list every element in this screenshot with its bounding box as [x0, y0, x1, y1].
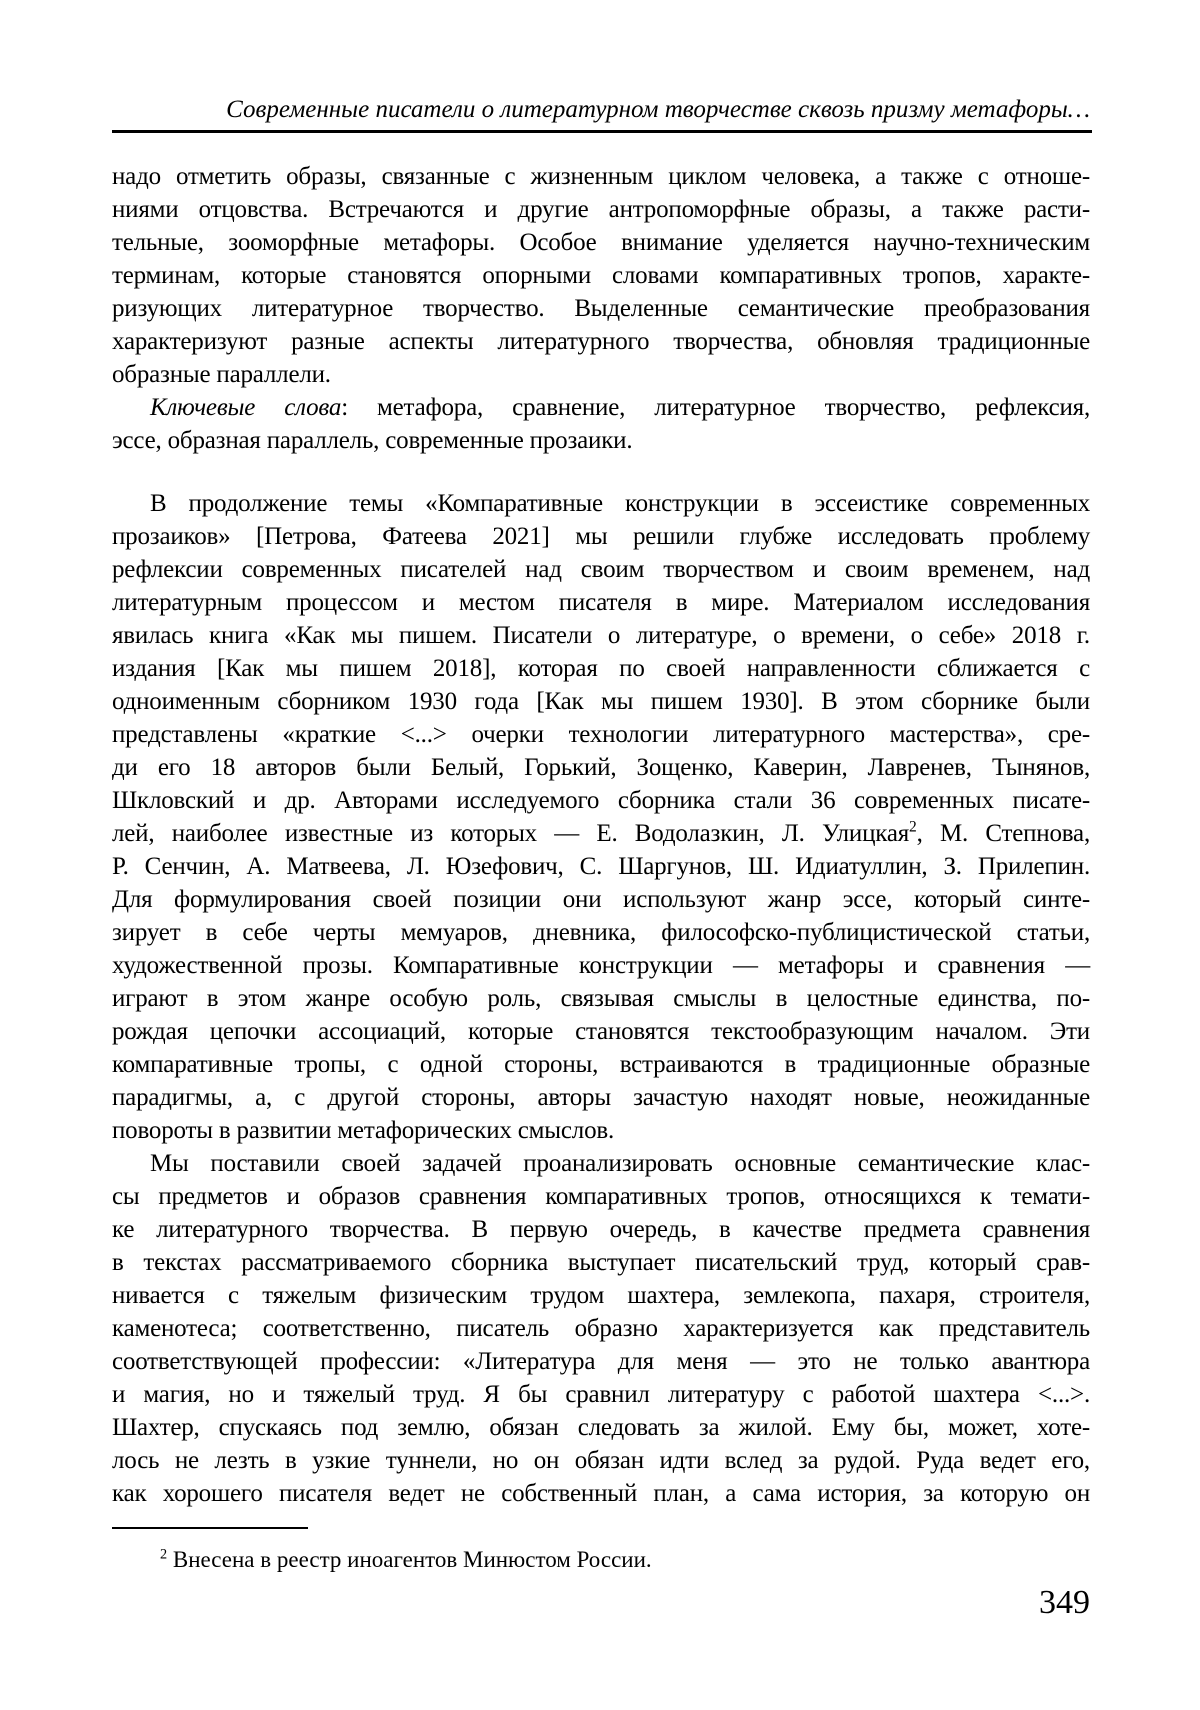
text-line: одноименным сборником 1930 года [Как мы … [112, 685, 1090, 718]
text-line: в текстах рассматриваемого сборника выст… [112, 1246, 1090, 1279]
text-line: Для формулирования своей позиции они исп… [112, 883, 1090, 916]
text-line: Мы поставили своей задачей проанализиров… [112, 1147, 1090, 1180]
text-line: представлены «краткие <...> очерки техно… [112, 718, 1090, 751]
text-line: нивается с тяжелым физическим трудом шах… [112, 1279, 1090, 1312]
text-line: рефлексии современных писателей над свои… [112, 553, 1090, 586]
text-line: художественной прозы. Компаративные конс… [112, 949, 1090, 982]
text-line: ди его 18 авторов были Белый, Горький, З… [112, 751, 1090, 784]
text-line: компаративные тропы, с одной стороны, вс… [112, 1048, 1090, 1081]
text-line: лось не лезть в узкие туннели, но он обя… [112, 1444, 1090, 1477]
text-line: зирует в себе черты мемуаров, дневника, … [112, 916, 1090, 949]
text-line: 2 Внесена в реестр иноагентов Минюстом Р… [112, 1545, 1090, 1575]
text-line: издания [Как мы пишем 2018], которая по … [112, 652, 1090, 685]
text-line: надо отметить образы, связанные с жизнен… [112, 160, 1090, 193]
footnote-section: 2 Внесена в реестр иноагентов Минюстом Р… [112, 1545, 1090, 1575]
text-line: литературным процессом и местом писателя… [112, 586, 1090, 619]
text-line: характеризуют разные аспекты литературно… [112, 325, 1090, 358]
text-line: тельные, зооморфные метафоры. Особое вни… [112, 226, 1090, 259]
text-line: и магия, но и тяжелый труд. Я бы сравнил… [112, 1378, 1090, 1411]
text-line: сы предметов и образов сравнения компара… [112, 1180, 1090, 1213]
text-line: Шкловский и др. Авторами исследуемого сб… [112, 784, 1090, 817]
text-line: повороты в развитии метафорических смысл… [112, 1114, 1090, 1147]
text-line: как хорошего писателя ведет не собственн… [112, 1477, 1090, 1510]
running-head: Современные писатели о литературном твор… [112, 96, 1090, 124]
page-number: 349 [112, 1583, 1090, 1623]
text-line: Шахтер, спускаясь под землю, обязан след… [112, 1411, 1090, 1444]
text-line: играют в этом жанре особую роль, связыва… [112, 982, 1090, 1015]
text-line: ке литературного творчества. В первую оч… [112, 1213, 1090, 1246]
document-page: Современные писатели о литературном твор… [0, 0, 1200, 1710]
text-line: Р. Сенчин, А. Матвеева, Л. Юзефович, С. … [112, 850, 1090, 883]
text-line: ниями отцовства. Встречаются и другие ан… [112, 193, 1090, 226]
text-line: парадигмы, а, с другой стороны, авторы з… [112, 1081, 1090, 1114]
text-line: эссе, образная параллель, современные пр… [112, 424, 1090, 457]
header-rule [112, 130, 1092, 133]
text-line: каменотеса; соответственно, писатель обр… [112, 1312, 1090, 1345]
text-line: терминам, которые становятся опорными сл… [112, 259, 1090, 292]
text-line: явилась книга «Как мы пишем. Писатели о … [112, 619, 1090, 652]
text-line: соответствующей профессии: «Литература д… [112, 1345, 1090, 1378]
text-line: рождая цепочки ассоциаций, которые стано… [112, 1015, 1090, 1048]
text-line: Ключевые слова: метафора, сравнение, лит… [112, 391, 1090, 424]
footnote-rule [112, 1527, 308, 1529]
body-text-section: В продолжение темы «Компаративные констр… [112, 487, 1090, 1510]
text-line: В продолжение темы «Компаративные констр… [112, 487, 1090, 520]
text-line: прозаиков» [Петрова, Фатеева 2021] мы ре… [112, 520, 1090, 553]
text-line: образные параллели. [112, 358, 1090, 391]
text-line: ризующих литературное творчество. Выделе… [112, 292, 1090, 325]
abstract-section: надо отметить образы, связанные с жизнен… [112, 160, 1090, 457]
text-line: лей, наиболее известные из которых — Е. … [112, 817, 1090, 850]
